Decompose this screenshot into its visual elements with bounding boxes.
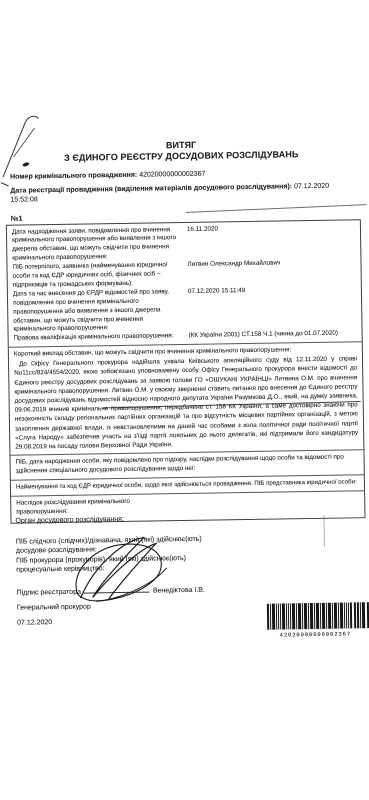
- row-value: Литвин Олександр Михайлович: [187, 258, 355, 287]
- footer-section: Орган досудового розслідування: ПІБ слід…: [15, 503, 367, 628]
- registration-date-value: 07.12.2020: [294, 182, 329, 190]
- investigation-body-label: Орган досудового розслідування:: [15, 511, 365, 526]
- row-value: 07.12.2020 15:11:49: [188, 285, 357, 332]
- pen-scribble-mark: [0, 112, 49, 191]
- registrar-handwritten-signature: [66, 530, 179, 610]
- scanned-document-page: ВИТЯГ З ЄДИНОГО РЕЄСТРУ ДОСУДОВИХ РОЗСЛІ…: [0, 0, 369, 800]
- row-label: ПІБ потерпілого, заявника (найменування …: [12, 261, 187, 290]
- barcode: 42020000000002367: [267, 602, 364, 640]
- row-label: Дата надходження заяви, повідомлення про…: [12, 225, 188, 263]
- case-number-line: Номер кримінального провадження: 4202000…: [10, 167, 358, 182]
- document-title-block: ВИТЯГ З ЄДИНОГО РЕЄСТРУ ДОСУДОВИХ РОЗСЛІ…: [5, 137, 358, 164]
- table-row: Дата надходження заяви, повідомлення про…: [12, 223, 356, 264]
- case-details-table: Дата надходження заяви, повідомлення про…: [6, 219, 366, 524]
- summary-paragraph-wrap: До Офісу Генерального прокурора надійшла…: [14, 354, 358, 451]
- row-value: 16.11.2020: [187, 223, 356, 261]
- barcode-bars: [267, 602, 363, 630]
- suspect-label: ПІБ, дата народження особи, яку повідомл…: [16, 453, 359, 476]
- barcode-number: 42020000000002367: [267, 629, 363, 640]
- table-row: Дата та час внесення до ЄРДР відомостей …: [13, 285, 357, 335]
- scanned-sheet: ВИТЯГ З ЄДИНОГО РЕЄСТРУ ДОСУДОВИХ РОЗСЛІ…: [0, 0, 369, 800]
- row-label: Правова кваліфікація кримінального право…: [14, 332, 189, 344]
- registration-date-line: Дата реєстрації провадження (виділення м…: [10, 181, 358, 205]
- row-value: (КК України 2001) СТ.158 Ч.1 (чинна до 0…: [189, 330, 357, 342]
- case-number-value: 42020000000002367: [139, 171, 205, 179]
- row-label: Дата та час внесення до ЄРДР відомостей …: [13, 288, 189, 335]
